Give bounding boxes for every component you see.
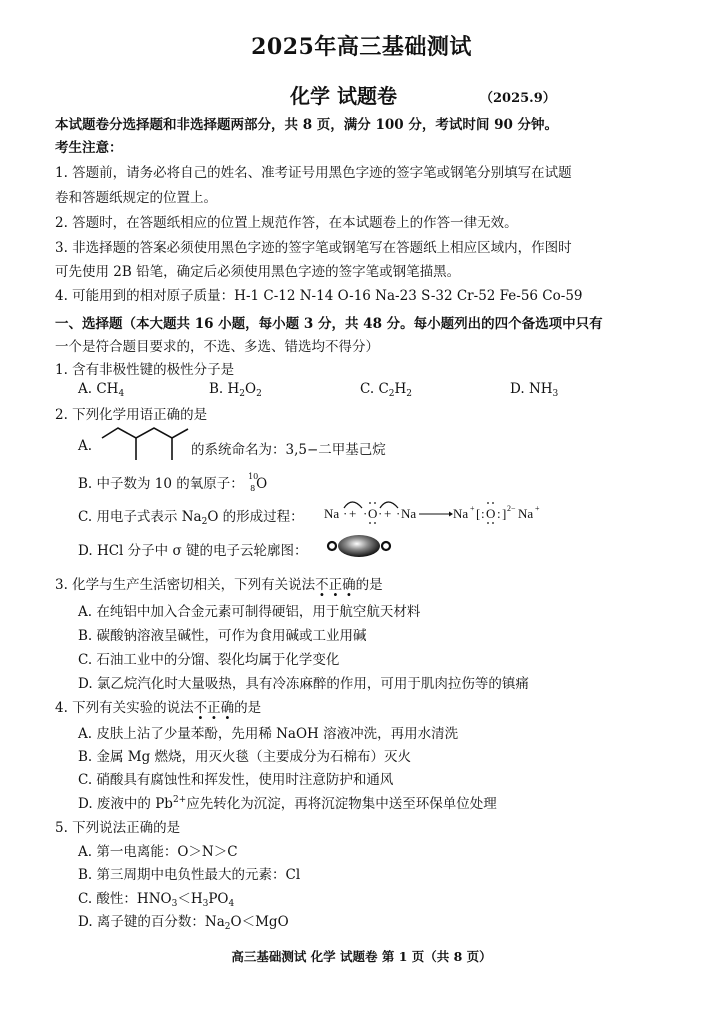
question-2-stem: 2. 下列化学用语正确的是 [55,403,207,423]
svg-text::: : [481,506,485,521]
notice-heading: 考生注意： [55,136,123,156]
svg-text::: : [497,506,501,521]
section1-heading: 一、选择题（本大题共 16 小题，每小题 3 分，共 48 分。每小题列出的四个… [55,312,603,332]
notice-item-2: 2. 答题时，在答题纸相应的位置上规范作答，在本试题卷上的作答一律无效。 [55,211,518,231]
svg-text:[: [ [476,506,480,521]
section1-heading-cont: 一个是符合题目要求的，不选、多选、错选均不得分） [55,335,379,355]
q4-option-d: D. 废液中的 Pb2+应先转化为沉淀，再将沉淀物集中送至环保单位处理 [78,792,497,812]
notice-item-3-cont: 可先使用 2B 铅笔，确定后必须使用黑色字迹的签字笔或钢笔描黑。 [55,260,460,280]
q1-option-d: D. NH3 [510,381,558,397]
svg-text:+: + [384,506,391,521]
svg-text:Na: Na [324,506,339,521]
q1-option-b: B. H2O2 [209,381,262,397]
q4-option-b: B. 金属 Mg 燃烧，用灭火毯（主要成分为石棉布）灭火 [78,745,411,765]
question-4-stem: 4. 下列有关实验的说法不正确的是 [55,696,261,716]
svg-text:·: · [363,506,367,521]
q5-option-d: D. 离子键的百分数：Na2O＜MgO [78,910,289,930]
question-3-stem: 3. 化学与生产生活密切相关，下列有关说法不正确的是 [55,573,383,593]
q2-option-b: B. 中子数为 10 的氧原子： 108O [78,472,264,492]
svg-text:O: O [368,506,377,521]
svg-text:+: + [535,504,540,513]
skeletal-formula-icon [100,426,192,462]
q3-option-b: B. 碳酸钠溶液呈碱性，可作为食用碱或工业用碱 [78,624,367,644]
q2-option-a-label: A. [78,438,92,454]
q1-option-c: C. C2H2 [360,381,412,397]
page-footer: 高三基础测试 化学 试题卷 第 1 页（共 8 页） [0,947,723,965]
q2-option-d: D. HCl 分子中 σ 键的电子云轮廓图： [78,539,307,559]
q3-option-a: A. 在纯铝中加入合金元素可制得硬铝，用于航空航天材料 [78,600,420,620]
svg-text:·: · [343,506,347,521]
exam-intro: 本试题卷分选择题和非选择题两部分，共 8 页，满分 100 分，考试时间 90 … [55,113,558,133]
svg-text:Na: Na [453,506,468,521]
svg-text:2−: 2− [507,504,516,513]
notice-item-3: 3. 非选择题的答案必须使用黑色字迹的签字笔或钢笔写在答题纸上相应区域内，作图时 [55,236,572,256]
notice-item-1-cont: 卷和答题纸规定的位置上。 [55,186,217,206]
electron-formula-diagram: Na · + · O · + · Na Na + [ : O : ] 2− Na… [322,494,562,530]
electron-cloud-icon [326,533,392,559]
exam-date: （2025.9） [480,87,556,106]
svg-text:+: + [349,506,356,521]
q4-option-c: C. 硝酸具有腐蚀性和挥发性，使用时注意防护和通风 [78,768,393,788]
q3-option-c: C. 石油工业中的分馏、裂化均属于化学变化 [78,648,339,668]
notice-item-4: 4. 可能用到的相对原子质量：H-1 C-12 N-14 O-16 Na-23 … [55,284,583,304]
svg-text:·: · [396,506,400,521]
svg-text:O: O [486,506,495,521]
svg-text:+: + [470,504,475,513]
q4-option-a: A. 皮肤上沾了少量苯酚，先用稀 NaOH 溶液冲洗，再用水清洗 [78,722,458,742]
svg-text:]: ] [502,506,506,521]
q2-option-a-text: 的系统命名为：3,5−二甲基己烷 [191,438,386,458]
q5-option-b: B. 第三周期中电负性最大的元素：Cl [78,863,300,883]
exam-page: 2025年高三基础测试 化学 试题卷 （2025.9） 本试题卷分选择题和非选择… [0,0,723,1024]
q5-option-c: C. 酸性：HNO3＜H3PO4 [78,887,234,907]
q2-option-c: C. 用电子式表示 Na2O 的形成过程： [78,505,304,525]
notice-item-1: 1. 答题前，请务必将自己的姓名、准考证号用黑色字迹的签字笔或钢笔分别填写在试题 [55,161,572,181]
question-1-stem: 1. 含有非极性键的极性分子是 [55,358,234,378]
exam-subtitle: 化学 试题卷 [290,80,397,109]
svg-text:Na: Na [518,506,533,521]
exam-title: 2025年高三基础测试 [0,30,723,61]
svg-text:·: · [378,506,382,521]
oxygen-nuclide: 108O [248,478,264,492]
q3-option-d: D. 氯乙烷汽化时大量吸热，具有冷冻麻醉的作用，可用于肌肉拉伤等的镇痛 [78,672,529,692]
q1-option-a: A. CH4 [78,381,124,397]
question-5-stem: 5. 下列说法正确的是 [55,816,180,836]
svg-text:Na: Na [401,506,416,521]
q5-option-a: A. 第一电离能：O＞N＞C [78,840,238,860]
